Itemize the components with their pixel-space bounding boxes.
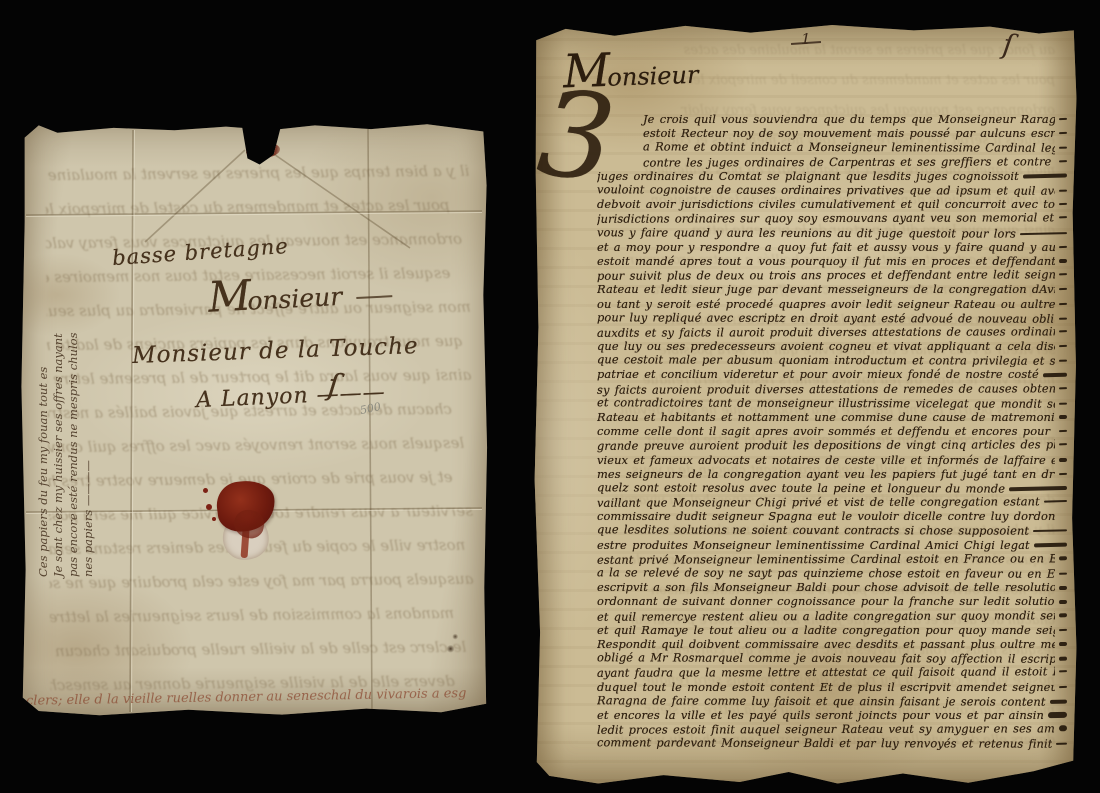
manuscript-line: commissaire dudit seigneur Spagna eut le… <box>597 509 1067 523</box>
line-filler-dash <box>1059 345 1067 347</box>
page-number: 1 <box>801 30 811 48</box>
margin-note-line: Je sont chez my huissier ses offres naya… <box>51 335 66 577</box>
manuscript-line-text: et quil remercye restent alieu ou a ladi… <box>597 608 1055 623</box>
manuscript-line-text: ayant faudra que la mesme lettre et atte… <box>597 665 1055 680</box>
manuscript-line-text: Raragna de faire comme luy faisoit et qu… <box>597 693 1046 708</box>
manuscript-line: pour suivit plus de deux ou trois ans pr… <box>597 267 1067 283</box>
manuscript-line-text: Respondit quil doibvent commissaire avec… <box>597 637 1055 651</box>
manuscript-line: que lesdites solutions ne soient couvant… <box>597 523 1067 539</box>
manuscript-line: vous y faire quand y aura les reunions a… <box>597 225 1067 241</box>
manuscript-line: sy faicts auroient produit diverses atte… <box>597 381 1067 397</box>
manuscript-line: jurisdictions ordinaires sur quoy soy es… <box>597 211 1067 227</box>
manuscript-line: quelz sont estoit resolus avec toute la … <box>597 480 1067 496</box>
line-filler-dash <box>1059 118 1067 120</box>
manuscript-line: Rateau et ledit sieur juge par devant me… <box>597 282 1067 296</box>
manuscript-line-text: estre produites Monseigneur leminentissi… <box>597 538 1030 552</box>
line-filler-dash <box>1059 415 1067 419</box>
manuscript-line-text: que cestoit male per abusum quoniam intr… <box>597 353 1055 368</box>
line-filler-dash <box>1023 174 1067 179</box>
line-filler-dash <box>1059 160 1067 162</box>
manuscript-line: auxdits et sy faicts il auroit produit d… <box>597 324 1067 340</box>
line-filler-dash <box>1059 360 1067 362</box>
line-filler-dash <box>1059 600 1067 604</box>
manuscript-line-text: mes seigneurs de la congregation ayant v… <box>597 467 1055 481</box>
margin-note-rotated: Ces papiers du feu my fouan tout esJe so… <box>36 335 96 577</box>
manuscript-line: pour luy repliqué avec escriptz en droit… <box>597 310 1067 326</box>
wax-droplet <box>206 504 212 510</box>
manuscript-line-text: ou tant y seroit esté procedé quapres av… <box>597 297 1055 311</box>
manuscript-line: ayant faudra que la mesme lettre et atte… <box>597 665 1067 681</box>
margin-note-line: pas encore esté rendus ne mespris chulos <box>66 335 81 577</box>
manuscript-line-text: et a moy pour y respondre a quoy fut fai… <box>597 240 1055 254</box>
line-filler-dash <box>1059 430 1067 432</box>
line-filler-dash <box>1048 712 1067 719</box>
line-filler-dash <box>1059 613 1067 617</box>
line-filler-dash <box>1059 671 1067 673</box>
line-filler-dash <box>1059 273 1067 275</box>
line-filler-dash <box>1050 700 1067 704</box>
manuscript-line: estre produites Monseigneur leminentissi… <box>597 538 1067 552</box>
manuscript-line: estant privé Monseigneur leminentissime … <box>597 551 1067 567</box>
manuscript-line: et quil remercye restent alieu ou a ladi… <box>597 608 1067 624</box>
line-filler-dash <box>1059 573 1067 575</box>
line-filler-dash <box>1020 232 1067 235</box>
manuscript-line-text: que luy ou ses predecesseurs avoient cog… <box>597 339 1055 353</box>
manuscript-line-text: vouloint cognoistre de causes ordinaires… <box>597 182 1055 197</box>
manuscript-line-text: debvoit avoir jurisdictions civiles cumu… <box>597 197 1055 211</box>
line-filler-dash <box>1059 330 1067 332</box>
manuscript-line-text: estant privé Monseigneur leminentissime … <box>597 551 1055 566</box>
manuscript-line-text: jurisdictions ordinaires sur quoy soy es… <box>597 211 1055 226</box>
manuscript-line: que cestoit male per abusum quoniam intr… <box>597 352 1067 368</box>
manuscript-line: mes seigneurs de la congregation ayant v… <box>597 467 1067 481</box>
manuscript-line-text: Rateau et habitants et nottamment une co… <box>597 410 1055 424</box>
line-filler-dash <box>1059 288 1067 290</box>
line-filler-dash <box>1059 387 1067 389</box>
line-filler-dash <box>1059 473 1067 475</box>
manuscript-line-text: commissaire dudit seigneur Spagna eut le… <box>597 509 1055 523</box>
wax-droplet <box>212 517 216 521</box>
line-filler-dash <box>1043 372 1067 376</box>
manuscript-line: estoit Recteur noy de soy mouvement mais… <box>597 126 1067 140</box>
manuscript-line: escripvit a son fils Monseigneur Baldi p… <box>597 580 1067 594</box>
manuscript-line: duquel tout le monde estoit content Et d… <box>597 680 1067 694</box>
manuscript-line: et contradictoires tant de monseigneur i… <box>597 395 1067 411</box>
manuscript-line-text: et encores la ville et les payé quils se… <box>597 708 1044 722</box>
line-filler-dash <box>1059 657 1067 661</box>
line-filler-dash <box>1009 486 1067 491</box>
line-filler-dash <box>1059 402 1067 404</box>
wax-seal <box>198 476 288 572</box>
manuscript-line-text: quelz sont estoit resolus avec toute la … <box>597 480 1005 495</box>
manuscript-line: vouloint cognoistre de causes ordinaires… <box>597 182 1067 198</box>
manuscript-line-text: vaillant que Monseigneur Chigi privé et … <box>597 495 1040 510</box>
line-filler-dash <box>1059 190 1067 192</box>
line-filler-dash <box>1059 458 1067 462</box>
manuscript-line-text: comment pardevant Monseigneur Baldi et p… <box>597 736 1052 751</box>
line-filler-dash <box>1059 217 1067 219</box>
manuscript-line: et encores la ville et les payé quils se… <box>597 708 1067 722</box>
manuscript-line: et quil Ramaye le tout alieu ou a ladite… <box>597 623 1067 637</box>
heading-rest: onsieur <box>607 61 699 92</box>
manuscript-line: debvoit avoir jurisdictions civiles cumu… <box>597 197 1067 211</box>
line-filler-dash <box>1059 444 1067 446</box>
line-filler-dash <box>1059 246 1067 248</box>
manuscript-line: vieux et fameux advocats et notaires de … <box>597 453 1067 467</box>
margin-note-line: Ces papiers du feu my fouan tout es <box>36 335 51 577</box>
manuscript-line: Je crois quil vous souviendra que du tem… <box>597 112 1067 126</box>
manuscript-line: patriae et concilium videretur et pour a… <box>597 367 1067 381</box>
manuscript-line: que luy ou ses predecesseurs avoient cog… <box>597 339 1067 353</box>
manuscript-line-text: a la se relevé de soy ne sayt pas quinzi… <box>597 565 1055 580</box>
manuscript-line: et a moy pour y respondre a quoy fut fai… <box>597 240 1067 254</box>
manuscript-line-text: duquel tout le monde estoit content Et d… <box>597 680 1055 694</box>
manuscript-line-text: estoit mandé apres tout a vous pourquoy … <box>597 254 1055 268</box>
line-filler-dash <box>1059 685 1067 687</box>
manuscript-line: comme celle dont il sagit apres avoir so… <box>597 424 1067 438</box>
manuscript-line: Respondit quil doibvent commissaire avec… <box>597 637 1067 651</box>
line-filler-dash <box>1059 259 1067 263</box>
manuscript-line-text: contre les juges ordinaires de Carpentra… <box>597 154 1055 169</box>
manuscript-line: Rateau et habitants et nottamment une co… <box>597 410 1067 424</box>
line-filler-dash <box>1059 585 1067 589</box>
line-filler-dash <box>1059 725 1067 731</box>
manuscript-line-text: que lesdites solutions ne soient couvant… <box>597 523 1029 538</box>
salutation-rest: onsieur <box>247 282 343 316</box>
manuscript-line-text: vous y faire quand y aura les reunions a… <box>597 225 1016 240</box>
margin-note-line: nes papiers ———— <box>81 335 96 577</box>
manuscript-line-text: estoit Recteur noy de soy mouvement mais… <box>597 126 1055 140</box>
manuscript-line-text: et contradictoires tant de monseigneur i… <box>597 395 1055 410</box>
manuscript-body: Je crois quil vous souviendra que du tem… <box>597 112 1067 779</box>
manuscript-line-text: pour luy repliqué avec escriptz en droit… <box>597 310 1055 325</box>
manuscript-line: a Rome et obtint induict a Monseigneur l… <box>597 140 1067 156</box>
line-filler-dash <box>1059 629 1067 631</box>
manuscript-line-text: a Rome et obtint induict a Monseigneur l… <box>597 140 1055 155</box>
manuscript-line-text: pour suivit plus de deux ou trois ans pr… <box>597 267 1055 282</box>
manuscript-line-text: escripvit a son fils Monseigneur Baldi p… <box>597 580 1055 594</box>
line-filler-dash <box>1059 317 1067 319</box>
manuscript-line-text: auxdits et sy faicts il auroit produit d… <box>597 324 1055 339</box>
line-filler-dash <box>1056 743 1067 745</box>
wax-droplet <box>203 488 208 493</box>
manuscript-line: comment pardevant Monseigneur Baldi et p… <box>597 736 1067 752</box>
line-filler-dash <box>1059 132 1067 134</box>
line-filler-dash <box>1059 556 1067 560</box>
manuscript-line: Raragna de faire comme luy faisoit et qu… <box>597 693 1067 709</box>
manuscript-line: juges ordinaires du Comtat se plaignant … <box>597 169 1067 183</box>
line-filler-dash <box>1044 500 1067 503</box>
manuscript-line-text: patriae et concilium videretur et pour a… <box>597 367 1039 381</box>
folded-letter: il y a bien temps que les prieres ne ser… <box>20 112 488 722</box>
manuscript-line-text: comme celle dont il sagit apres avoir so… <box>597 424 1055 438</box>
photo-background: il y a bien temps que les prieres ne ser… <box>0 0 1100 793</box>
salutation-initial: M <box>207 271 253 322</box>
manuscript-line-text: Rateau et ledit sieur juge par devant me… <box>597 282 1055 296</box>
line-filler-dash <box>1034 543 1067 547</box>
manuscript-line: a la se relevé de soy ne sayt pas quinzi… <box>597 565 1067 581</box>
line-filler-dash <box>1059 302 1067 304</box>
manuscript-line: ordonnant de suivant donner cognoissance… <box>597 594 1067 608</box>
manuscript-line: contre les juges ordinaires de Carpentra… <box>597 154 1067 170</box>
manuscript-line-text: grande preuve auroient produit les depos… <box>597 438 1055 453</box>
manuscript-line-text: Je crois quil vous souviendra que du tem… <box>597 112 1055 126</box>
manuscript-line-text: sy faicts auroient produit diverses atte… <box>597 381 1055 396</box>
line-filler-dash <box>1033 530 1067 533</box>
manuscript-line-text: juges ordinaires du Comtat se plaignant … <box>597 169 1019 183</box>
manuscript-line: vaillant que Monseigneur Chigi privé et … <box>597 494 1067 510</box>
line-filler-dash <box>1059 147 1067 149</box>
manuscript-line: ou tant y seroit esté procedé quapres av… <box>597 296 1067 310</box>
manuscript-line-text: vieux et fameux advocats et notaires de … <box>597 453 1055 467</box>
manuscript-line-text: ordonnant de suivant donner cognoissance… <box>597 594 1055 608</box>
manuscript-page: au fonds que les prieres ne seront la mo… <box>533 22 1077 785</box>
manuscript-line: grande preuve auroient produit les depos… <box>597 438 1067 454</box>
manuscript-line: estoit mandé apres tout a vous pourquoy … <box>597 254 1067 268</box>
line-filler-dash <box>1059 642 1067 646</box>
manuscript-line-text: et quil Ramaye le tout alieu ou a ladite… <box>597 623 1055 637</box>
line-filler-dash <box>1059 203 1067 205</box>
